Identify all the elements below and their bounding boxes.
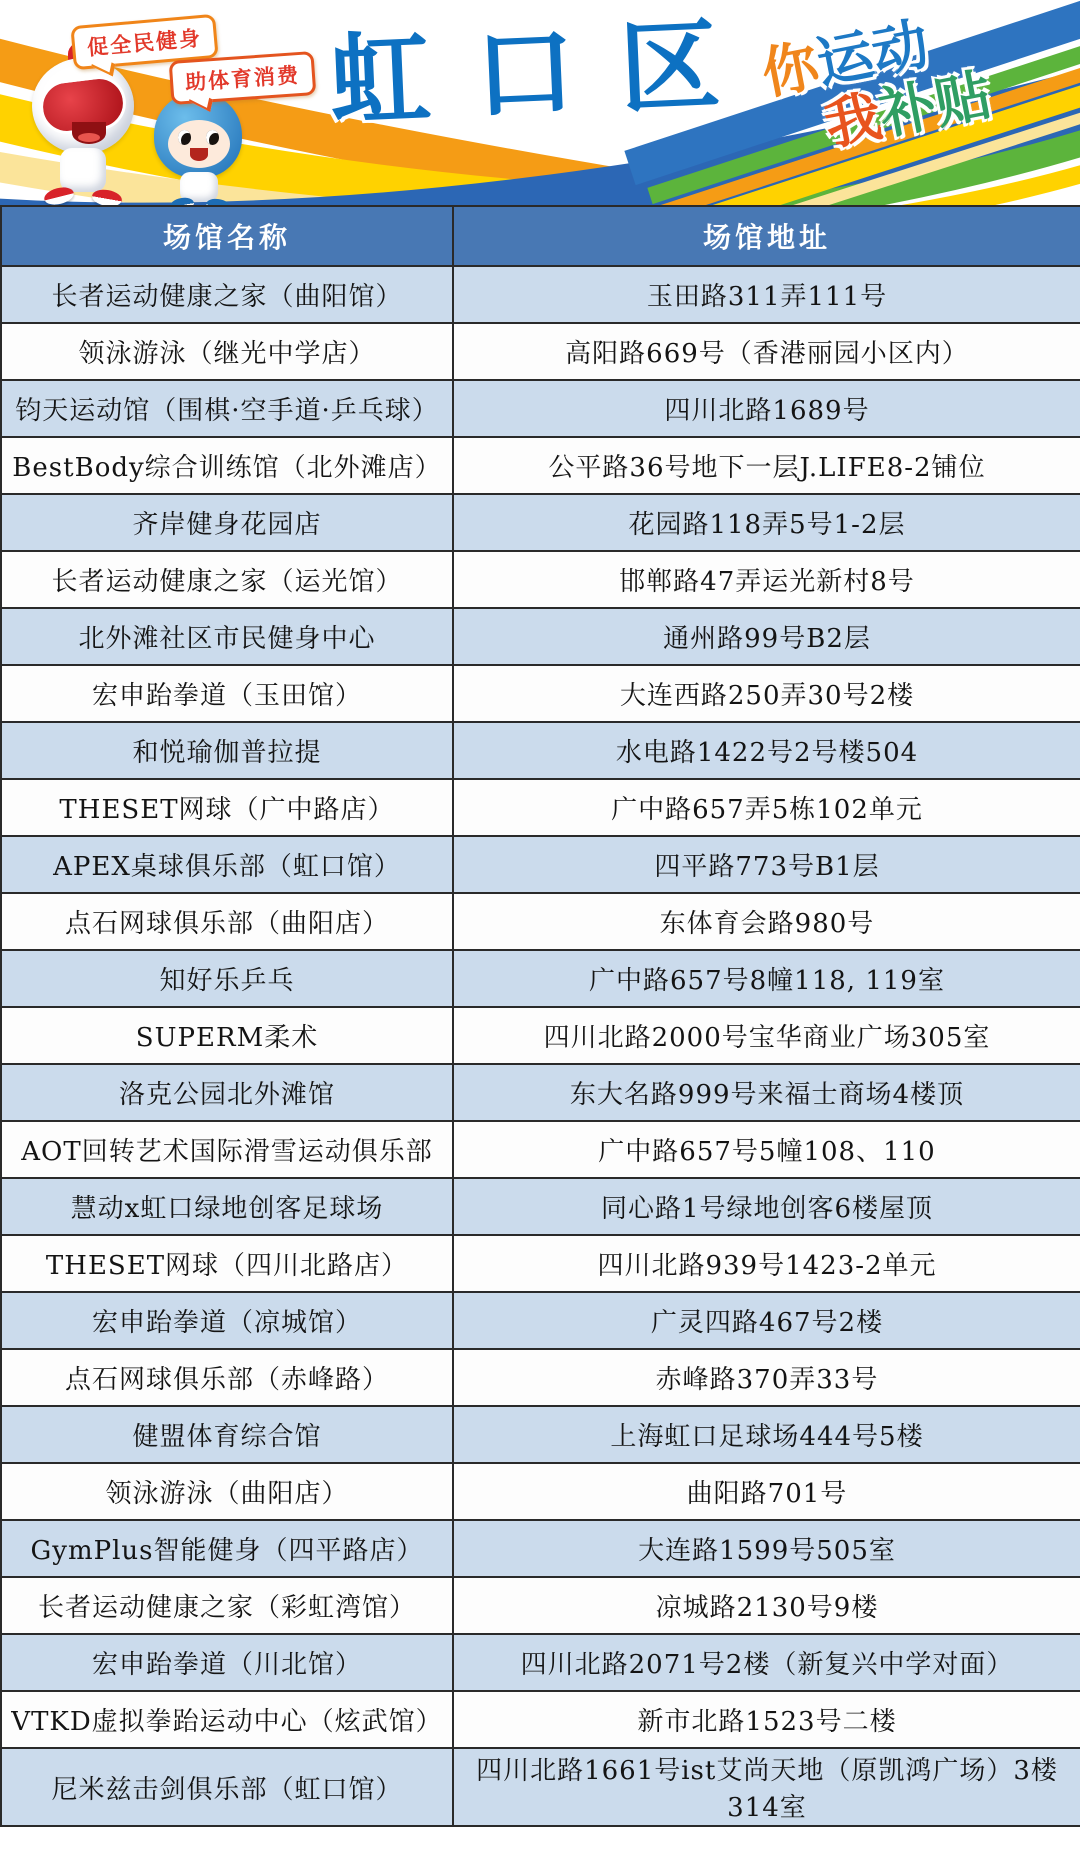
venue-address-cell: 同心路1号绿地创客6楼屋顶 [453, 1178, 1080, 1235]
table-row: 钧天运动馆（围棋·空手道·乒乓球）四川北路1689号 [1, 380, 1080, 437]
table-row: 和悦瑜伽普拉提水电路1422号2号楼504 [1, 722, 1080, 779]
venue-address-cell: 四川北路939号1423-2单元 [453, 1235, 1080, 1292]
table-row: 领泳游泳（曲阳店）曲阳路701号 [1, 1463, 1080, 1520]
column-header-venue-address: 场馆地址 [453, 206, 1080, 266]
table-row: 长者运动健康之家（运光馆）邯郸路47弄运光新村8号 [1, 551, 1080, 608]
venue-address-cell: 广灵四路467号2楼 [453, 1292, 1080, 1349]
venue-address-cell: 广中路657弄5栋102单元 [453, 779, 1080, 836]
table-row: 慧动x虹口绿地创客足球场同心路1号绿地创客6楼屋顶 [1, 1178, 1080, 1235]
venue-name-cell: SUPERM柔术 [1, 1007, 453, 1064]
venue-name-cell: THESET网球（四川北路店） [1, 1235, 453, 1292]
table-row: BestBody综合训练馆（北外滩店）公平路36号地下一层J.LIFE8-2铺位 [1, 437, 1080, 494]
venue-name-cell: 领泳游泳（继光中学店） [1, 323, 453, 380]
venue-name-cell: AOT回转艺术国际滑雪运动俱乐部 [1, 1121, 453, 1178]
venues-table: 场馆名称 场馆地址 长者运动健康之家（曲阳馆）玉田路311弄111号领泳游泳（继… [0, 205, 1080, 1827]
table-row: 健盟体育综合馆上海虹口足球场444号5楼 [1, 1406, 1080, 1463]
table-row: 宏申跆拳道（凉城馆）广灵四路467号2楼 [1, 1292, 1080, 1349]
venue-name-cell: VTKD虚拟拳跆运动中心（炫武馆） [1, 1691, 453, 1748]
venue-address-cell: 水电路1422号2号楼504 [453, 722, 1080, 779]
page-title: 虹口区 [243, 2, 808, 146]
venue-name-cell: 宏申跆拳道（川北馆） [1, 1634, 453, 1691]
table-row: 点石网球俱乐部（曲阳店）东体育会路980号 [1, 893, 1080, 950]
table-row: SUPERM柔术四川北路2000号宝华商业广场305室 [1, 1007, 1080, 1064]
mascot-blue-eye [178, 130, 191, 145]
venue-address-cell: 东体育会路980号 [453, 893, 1080, 950]
venue-name-cell: 和悦瑜伽普拉提 [1, 722, 453, 779]
venue-address-cell: 邯郸路47弄运光新村8号 [453, 551, 1080, 608]
table-row: THESET网球（四川北路店）四川北路939号1423-2单元 [1, 1235, 1080, 1292]
table-row: 北外滩社区市民健身中心通州路99号B2层 [1, 608, 1080, 665]
table-row: 齐岸健身花园店花园路118弄5号1-2层 [1, 494, 1080, 551]
venue-name-cell: APEX桌球俱乐部（虹口馆） [1, 836, 453, 893]
venue-address-cell: 曲阳路701号 [453, 1463, 1080, 1520]
venue-name-cell: 点石网球俱乐部（曲阳店） [1, 893, 453, 950]
venue-address-cell: 四平路773号B1层 [453, 836, 1080, 893]
venue-address-cell: 新市北路1523号二楼 [453, 1691, 1080, 1748]
venues-table-body: 长者运动健康之家（曲阳馆）玉田路311弄111号领泳游泳（继光中学店）高阳路66… [1, 266, 1080, 1826]
table-row: 宏申跆拳道（玉田馆）大连西路250弄30号2楼 [1, 665, 1080, 722]
table-row: 知好乐乒乓广中路657号8幢118, 119室 [1, 950, 1080, 1007]
venue-name-cell: 洛克公园北外滩馆 [1, 1064, 453, 1121]
mascot-red-body [60, 148, 106, 192]
table-row: GymPlus智能健身（四平路店）大连路1599号505室 [1, 1520, 1080, 1577]
venue-name-cell: 慧动x虹口绿地创客足球场 [1, 1178, 453, 1235]
mascot-red-foot [91, 188, 123, 205]
venue-name-cell: GymPlus智能健身（四平路店） [1, 1520, 453, 1577]
header-row: 场馆名称 场馆地址 [1, 206, 1080, 266]
venue-address-cell: 高阳路669号（香港丽园小区内） [453, 323, 1080, 380]
venue-address-cell: 广中路657号5幢108、110 [453, 1121, 1080, 1178]
table-row: 尼米兹击剑俱乐部（虹口馆）四川北路1661号ist艾尚天地（原凯鸿广场）3楼31… [1, 1748, 1080, 1826]
venues-table-header: 场馆名称 场馆地址 [1, 206, 1080, 266]
venue-address-cell: 赤峰路370弄33号 [453, 1349, 1080, 1406]
venue-address-cell: 四川北路1689号 [453, 380, 1080, 437]
mascot-red-mouth [72, 122, 106, 144]
column-header-venue-name: 场馆名称 [1, 206, 453, 266]
venue-name-cell: 钧天运动馆（围棋·空手道·乒乓球） [1, 380, 453, 437]
venue-address-cell: 上海虹口足球场444号5楼 [453, 1406, 1080, 1463]
venue-name-cell: BestBody综合训练馆（北外滩店） [1, 437, 453, 494]
banner: 促全民健身 助体育消费 虹口区 你运动 我补贴 [0, 0, 1080, 205]
table-row: 点石网球俱乐部（赤峰路）赤峰路370弄33号 [1, 1349, 1080, 1406]
venue-address-cell: 凉城路2130号9楼 [453, 1577, 1080, 1634]
venue-address-cell: 广中路657号8幢118, 119室 [453, 950, 1080, 1007]
venue-address-cell: 玉田路311弄111号 [453, 266, 1080, 323]
venue-address-cell: 东大名路999号来福士商场4楼顶 [453, 1064, 1080, 1121]
venue-name-cell: 长者运动健康之家（运光馆） [1, 551, 453, 608]
venue-name-cell: 点石网球俱乐部（赤峰路） [1, 1349, 453, 1406]
venue-address-cell: 大连西路250弄30号2楼 [453, 665, 1080, 722]
mascot-red-head [32, 58, 134, 154]
venue-name-cell: 尼米兹击剑俱乐部（虹口馆） [1, 1748, 453, 1826]
table-row: 长者运动健康之家（曲阳馆）玉田路311弄111号 [1, 266, 1080, 323]
table-row: THESET网球（广中路店）广中路657弄5栋102单元 [1, 779, 1080, 836]
venue-address-cell: 四川北路2000号宝华商业广场305室 [453, 1007, 1080, 1064]
table-row: AOT回转艺术国际滑雪运动俱乐部广中路657号5幢108、110 [1, 1121, 1080, 1178]
venue-address-cell: 大连路1599号505室 [453, 1520, 1080, 1577]
venue-name-cell: 北外滩社区市民健身中心 [1, 608, 453, 665]
mascot-blue-eye [206, 130, 219, 145]
venue-name-cell: 长者运动健康之家（彩虹湾馆） [1, 1577, 453, 1634]
venue-address-cell: 通州路99号B2层 [453, 608, 1080, 665]
venue-name-cell: 宏申跆拳道（玉田馆） [1, 665, 453, 722]
venue-address-cell: 四川北路2071号2楼（新复兴中学对面） [453, 1634, 1080, 1691]
venue-address-cell: 公平路36号地下一层J.LIFE8-2铺位 [453, 437, 1080, 494]
venue-name-cell: 长者运动健康之家（曲阳馆） [1, 266, 453, 323]
table-row: 领泳游泳（继光中学店）高阳路669号（香港丽园小区内） [1, 323, 1080, 380]
venue-name-cell: 领泳游泳（曲阳店） [1, 1463, 453, 1520]
venue-name-cell: 宏申跆拳道（凉城馆） [1, 1292, 453, 1349]
venue-address-cell: 花园路118弄5号1-2层 [453, 494, 1080, 551]
table-row: APEX桌球俱乐部（虹口馆）四平路773号B1层 [1, 836, 1080, 893]
venues-table-wrap: 场馆名称 场馆地址 长者运动健康之家（曲阳馆）玉田路311弄111号领泳游泳（继… [0, 205, 1080, 1827]
mascot-blue-mouth [190, 148, 208, 161]
venue-name-cell: 齐岸健身花园店 [1, 494, 453, 551]
table-row: 长者运动健康之家（彩虹湾馆）凉城路2130号9楼 [1, 1577, 1080, 1634]
venue-name-cell: 健盟体育综合馆 [1, 1406, 453, 1463]
venue-address-cell: 四川北路1661号ist艾尚天地（原凯鸿广场）3楼314室 [453, 1748, 1080, 1826]
table-row: 宏申跆拳道（川北馆）四川北路2071号2楼（新复兴中学对面） [1, 1634, 1080, 1691]
venue-name-cell: THESET网球（广中路店） [1, 779, 453, 836]
table-row: VTKD虚拟拳跆运动中心（炫武馆）新市北路1523号二楼 [1, 1691, 1080, 1748]
speech-bubble-fitness-text: 促全民健身 [86, 27, 203, 60]
table-row: 洛克公园北外滩馆东大名路999号来福士商场4楼顶 [1, 1064, 1080, 1121]
venue-name-cell: 知好乐乒乓 [1, 950, 453, 1007]
